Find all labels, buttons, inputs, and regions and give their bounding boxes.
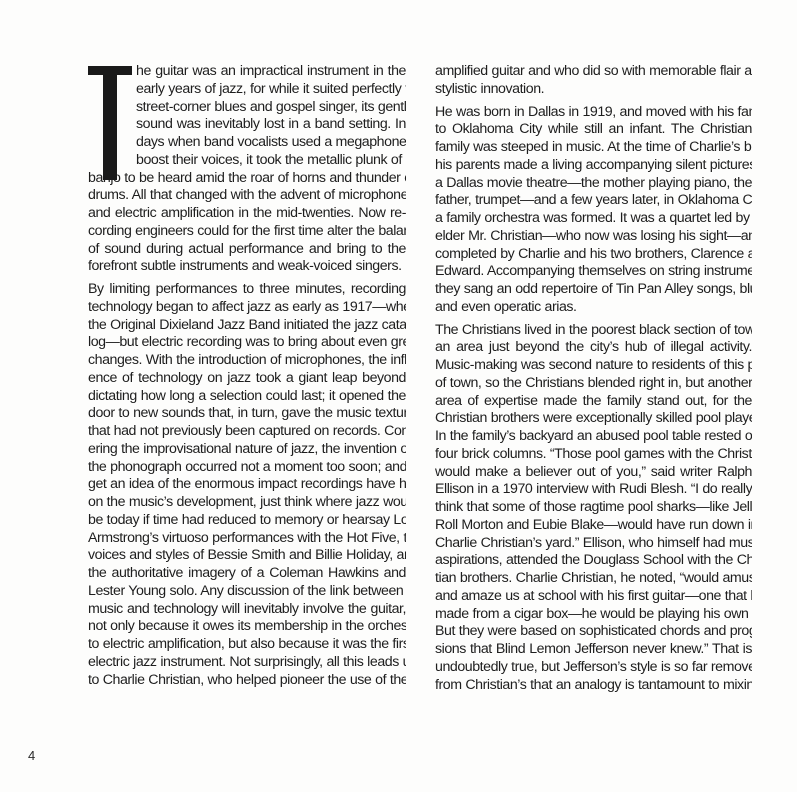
text-line: But they were based on sophisticated cho… <box>435 623 752 641</box>
text-line: amplified guitar and who did so with mem… <box>435 63 752 81</box>
paragraph-5: The Christians lived in the poorest blac… <box>435 322 752 695</box>
text-line: they sang an odd repertoire of Tin Pan A… <box>435 281 752 299</box>
text-line: and electric amplification in the mid-tw… <box>88 205 406 223</box>
text-line: to electric amplification, but also beca… <box>88 636 406 654</box>
paragraph-3: amplified guitar and who did so with mem… <box>435 63 752 99</box>
text-line: think that some of those ragtime pool sh… <box>435 499 752 517</box>
paragraph-4: He was born in Dallas in 1919, and moved… <box>435 104 752 317</box>
text-line: Armstrong’s virtuoso performances with t… <box>88 530 406 548</box>
text-line: a family orchestra was formed. It was a … <box>435 210 752 228</box>
text-line: from Christian’s that an analogy is tant… <box>435 677 752 695</box>
text-line: that had not previously been captured on… <box>88 423 406 441</box>
text-line: drums. All that changed with the advent … <box>88 187 406 205</box>
text-line: door to new sounds that, in turn, gave t… <box>88 405 406 423</box>
text-line: By limiting performances to three minute… <box>88 281 406 299</box>
text-line: the authoritative imagery of a Coleman H… <box>88 565 406 583</box>
left-column: he guitar was an impractical instrument … <box>88 63 406 694</box>
text-line: an area just beyond the city’s hub of il… <box>435 339 752 357</box>
text-line: voices and styles of Bessie Smith and Bi… <box>88 547 406 565</box>
text-line: music and technology will inevitably inv… <box>88 601 406 619</box>
text-line: and amaze us at school with his first gu… <box>435 588 752 606</box>
right-column: amplified guitar and who did so with mem… <box>435 63 752 699</box>
text-line: street-corner blues and gospel singer, i… <box>88 99 406 117</box>
text-line: not only because it owes its membership … <box>88 618 406 636</box>
text-line: electric jazz instrument. Not surprising… <box>88 654 406 672</box>
text-line: cording engineers could for the first ti… <box>88 223 406 241</box>
text-line: father, trumpet—and a few years later, i… <box>435 192 752 210</box>
text-line: Charlie Christian’s yard.” Ellison, who … <box>435 535 752 553</box>
text-line: log—but electric recording was to bring … <box>88 334 406 352</box>
text-line: Music-making was second nature to reside… <box>435 357 752 375</box>
text-line: of town, so the Christians blended right… <box>435 375 752 393</box>
text-line: family was steeped in music. At the time… <box>435 139 752 157</box>
text-line: of sound during actual performance and b… <box>88 241 406 259</box>
text-line: dictating how long a selection could las… <box>88 388 406 406</box>
text-line: days when band vocalists used a megaphon… <box>88 134 406 152</box>
text-line: stylistic innovation. <box>435 81 752 99</box>
text-line: area of expertise made the family stand … <box>435 393 752 411</box>
text-line: In the family’s backyard an abused pool … <box>435 428 752 446</box>
paragraph-2: By limiting performances to three minute… <box>88 281 406 689</box>
text-line: ence of technology on jazz took a giant … <box>88 370 406 388</box>
text-line: boost their voices, it took the metallic… <box>88 152 406 170</box>
text-line: a Dallas movie theatre—the mother playin… <box>435 175 752 193</box>
drop-cap-t <box>88 66 132 180</box>
text-line: Christian brothers were exceptionally sk… <box>435 410 752 428</box>
text-line: be today if time had reduced to memory o… <box>88 512 406 530</box>
paragraph-1: he guitar was an impractical instrument … <box>88 63 406 276</box>
text-line: Edward. Accompanying themselves on strin… <box>435 263 752 281</box>
text-line: early years of jazz, for while it suited… <box>88 81 406 99</box>
text-line: to Oklahoma City while still an infant. … <box>435 121 752 139</box>
page-number: 4 <box>28 748 35 763</box>
text-line: the Original Dixieland Jazz Band initiat… <box>88 317 406 335</box>
text-line: to Charlie Christian, who helped pioneer… <box>88 672 406 690</box>
text-line: made from a cigar box—he would be playin… <box>435 606 752 624</box>
text-line: elder Mr. Christian—who now was losing h… <box>435 228 752 246</box>
text-line: would make a believer out of you,” said … <box>435 464 752 482</box>
text-line: he guitar was an impractical instrument … <box>88 63 406 81</box>
text-line: Ellison in a 1970 interview with Rudi Bl… <box>435 481 752 499</box>
text-line: four brick columns. “Those pool games wi… <box>435 446 752 464</box>
text-line: sound was inevitably lost in a band sett… <box>88 116 406 134</box>
text-line: tian brothers. Charlie Christian, he not… <box>435 570 752 588</box>
text-line: The Christians lived in the poorest blac… <box>435 322 752 340</box>
text-line: his parents made a living accompanying s… <box>435 157 752 175</box>
text-line: banjo to be heard amid the roar of horns… <box>88 170 406 188</box>
text-line: forefront subtle instruments and weak-vo… <box>88 258 406 276</box>
drop-cap-stem <box>103 66 117 180</box>
text-line: aspirations, attended the Douglass Schoo… <box>435 552 752 570</box>
text-line: completed by Charlie and his two brother… <box>435 246 752 264</box>
book-page: he guitar was an impractical instrument … <box>0 0 797 792</box>
text-line: on the music’s development, just think w… <box>88 494 406 512</box>
text-line: changes. With the introduction of microp… <box>88 352 406 370</box>
text-line: Lester Young solo. Any discussion of the… <box>88 583 406 601</box>
text-line: sions that Blind Lemon Jefferson never k… <box>435 641 752 659</box>
text-line: He was born in Dallas in 1919, and moved… <box>435 104 752 122</box>
paragraph-text: he guitar was an impractical instrument … <box>88 63 406 276</box>
text-line: get an idea of the enormous impact recor… <box>88 476 406 494</box>
text-line: technology began to affect jazz as early… <box>88 299 406 317</box>
text-line: undoubtedly true, but Jefferson’s style … <box>435 659 752 677</box>
text-line: Roll Morton and Eubie Blake—would have r… <box>435 517 752 535</box>
text-line: ering the improvisational nature of jazz… <box>88 441 406 459</box>
text-line: and even operatic arias. <box>435 299 752 317</box>
text-line: the phonograph occurred not a moment too… <box>88 459 406 477</box>
